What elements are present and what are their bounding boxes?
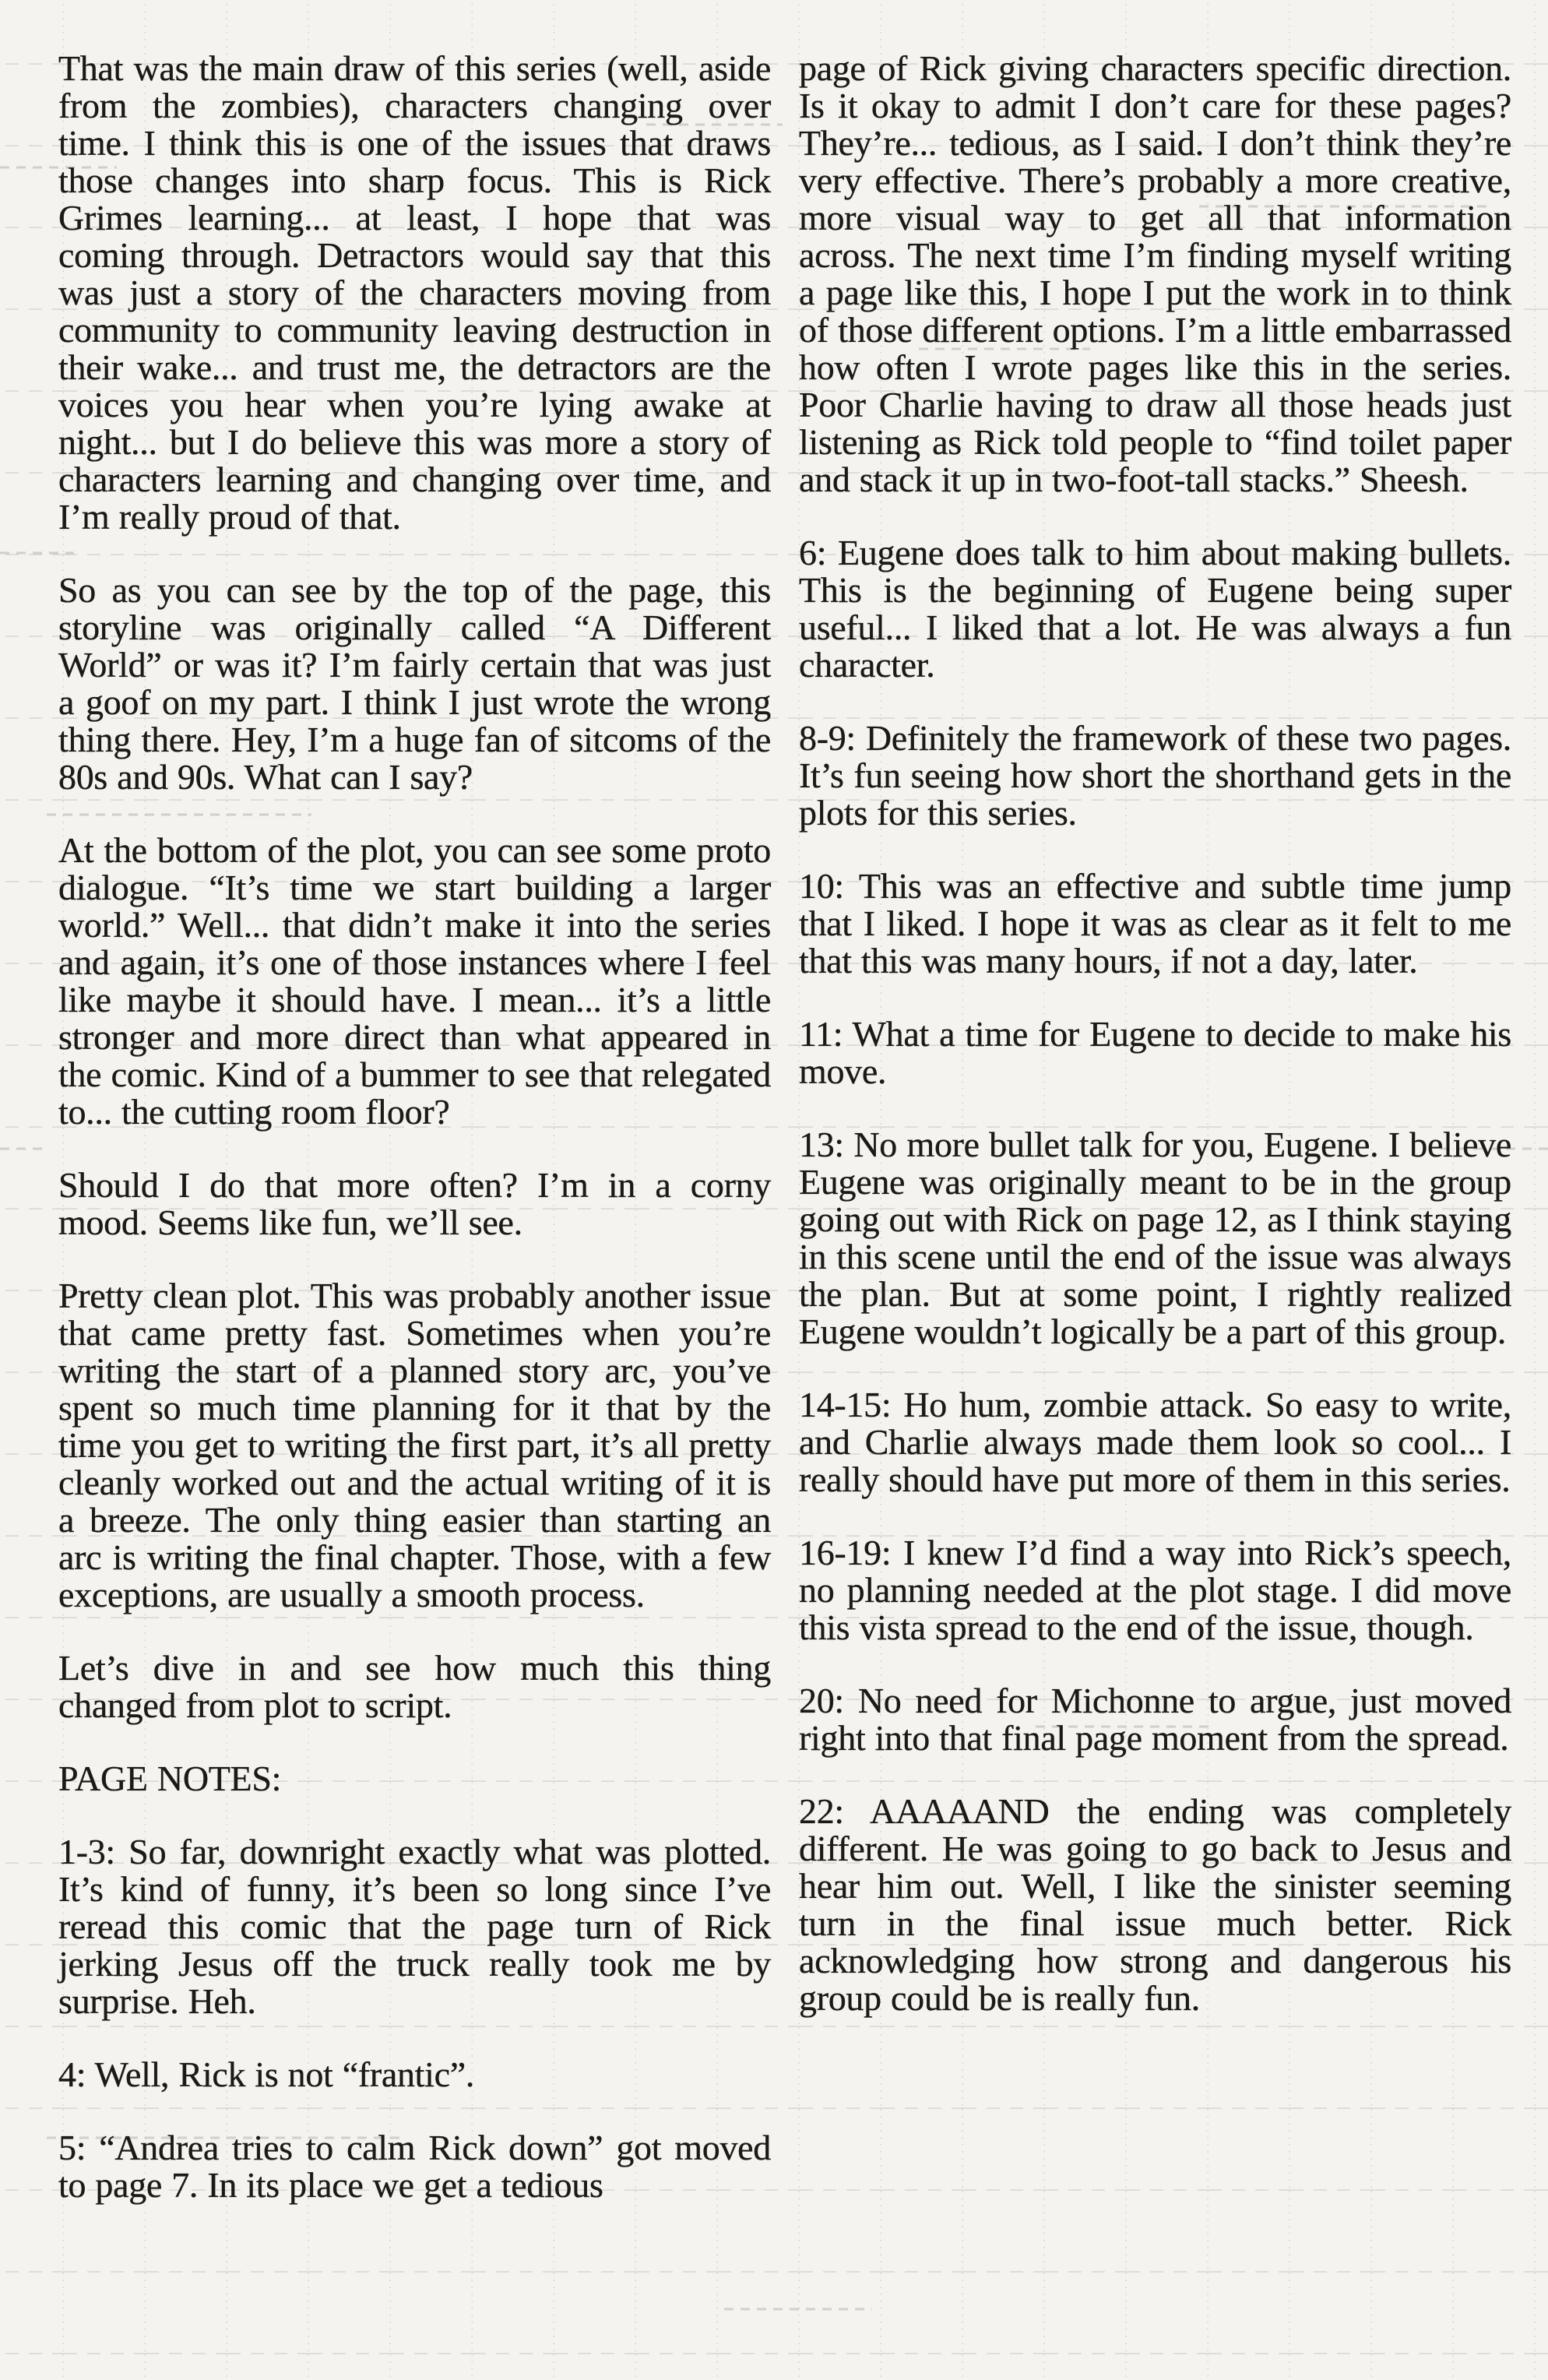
page-notes-heading: PAGE NOTES: [58,1760,771,1797]
text-columns: That was the main draw of this series (w… [0,0,1548,2240]
page-note: 22: AAAAAND the ending was completely di… [799,1793,1511,2017]
page-note: 6: Eugene does talk to him about making … [799,534,1511,684]
paragraph: So as you can see by the top of the page… [58,572,771,796]
paragraph: page of Rick giving characters specific … [799,50,1511,498]
page-note: 8-9: Definitely the framework of these t… [799,720,1511,832]
page-note: 5: “Andrea tries to calm Rick down” got … [58,2129,771,2204]
right-column: page of Rick giving characters specific … [799,50,1511,2240]
book-page: That was the main draw of this series (w… [0,0,1548,2380]
paragraph: Pretty clean plot. This was probably ano… [58,1277,771,1614]
page-note: 4: Well, Rick is not “frantic”. [58,2056,771,2093]
page-note: 10: This was an effective and subtle tim… [799,868,1511,980]
page-note: 11: What a time for Eugene to decide to … [799,1016,1511,1090]
paragraph: Should I do that more often? I’m in a co… [58,1167,771,1241]
page-note: 14-15: Ho hum, zombie attack. So easy to… [799,1386,1511,1498]
page-note: 20: No need for Michonne to argue, just … [799,1682,1511,1757]
paragraph: That was the main draw of this series (w… [58,50,771,536]
left-column: That was the main draw of this series (w… [58,50,771,2240]
paragraph: At the bottom of the plot, you can see s… [58,832,771,1131]
paragraph: Let’s dive in and see how much this thin… [58,1649,771,1724]
page-note: 16-19: I knew I’d find a way into Rick’s… [799,1534,1511,1646]
page-note: 1-3: So far, downright exactly what was … [58,1833,771,2020]
page-note: 13: No more bullet talk for you, Eugene.… [799,1126,1511,1350]
